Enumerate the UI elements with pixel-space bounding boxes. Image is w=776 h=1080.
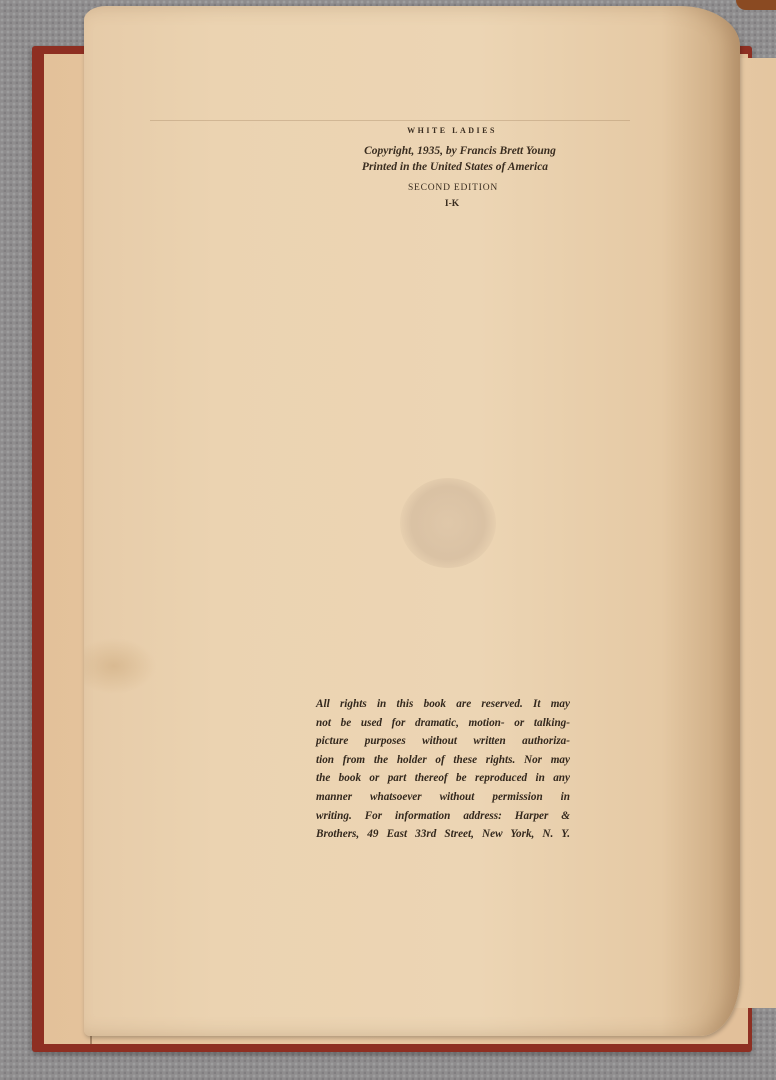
book-title: WHITE LADIES [334, 126, 570, 135]
rights-line: Brothers, 49 East 33rd Street, New York,… [316, 825, 570, 844]
rights-line: not be used for dramatic, motion- or tal… [316, 714, 570, 733]
copyright-line: Copyright, 1935, by Francis Brett Young [350, 143, 570, 159]
wood-surface-corner [736, 0, 776, 10]
page-crease [150, 120, 630, 121]
title-block: WHITE LADIES Copyright, 1935, by Francis… [330, 126, 570, 209]
rights-line: writing. For information address: Harper… [316, 807, 570, 826]
rights-line: picture purposes without written authori… [316, 732, 570, 751]
rights-line: manner whatsoever without permission in [316, 788, 570, 807]
printing-code: I-K [334, 199, 570, 209]
rights-line: All rights in this book are reserved. It… [316, 695, 570, 714]
rights-notice: All rights in this book are reserved. It… [316, 695, 570, 844]
edition-label: SECOND EDITION [336, 183, 570, 193]
rights-line: the book or part thereof be reproduced i… [316, 769, 570, 788]
embossed-stamp [400, 478, 496, 568]
printed-in-line: Printed in the United States of America [340, 159, 570, 175]
rights-line: tion from the holder of these rights. No… [316, 751, 570, 770]
